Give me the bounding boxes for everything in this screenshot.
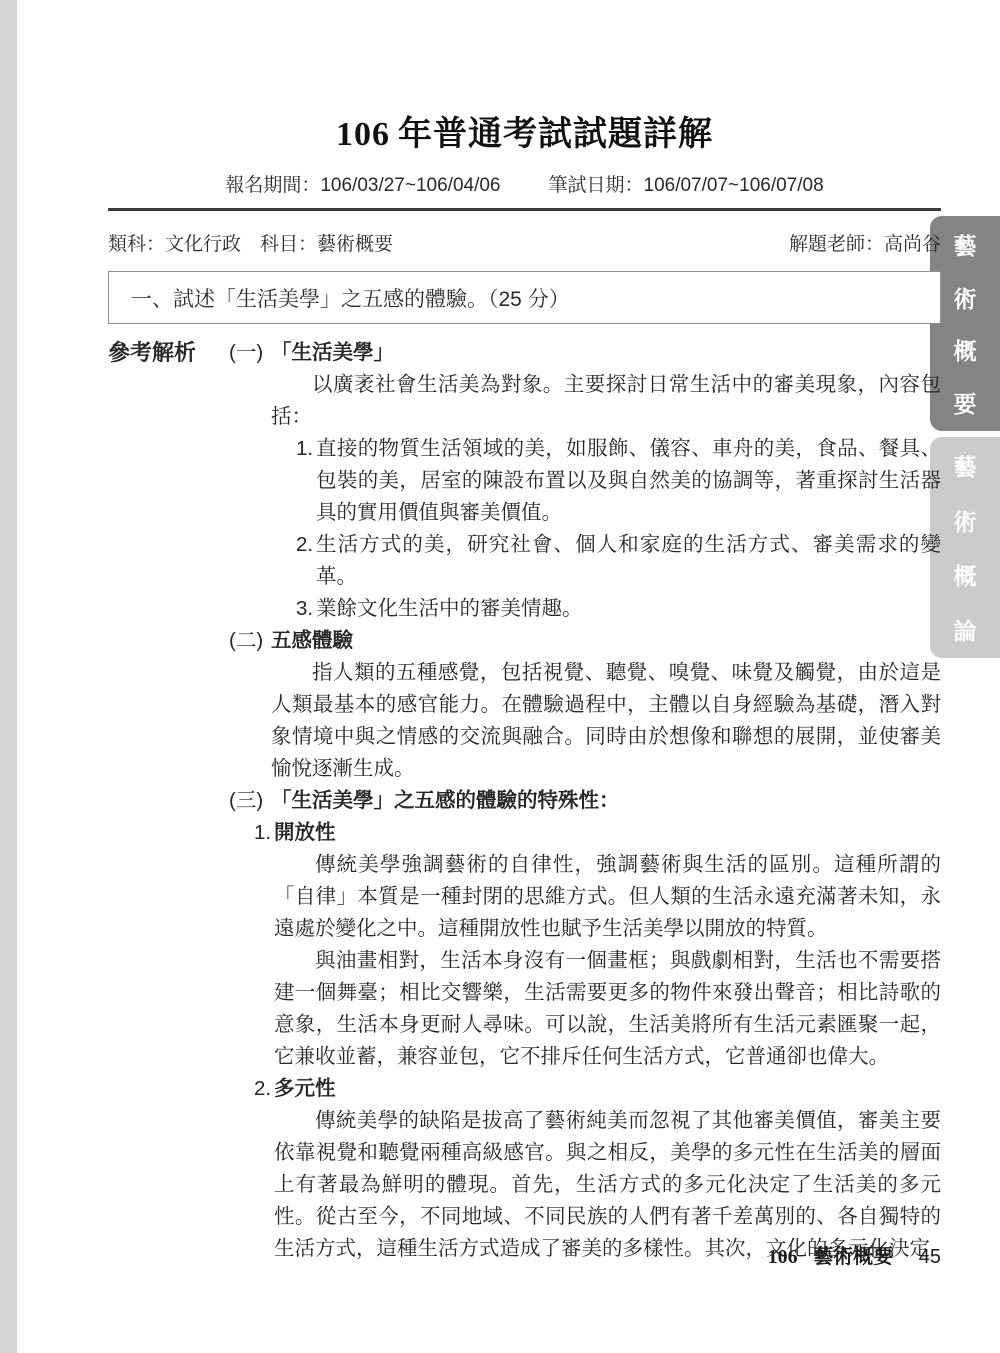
- solution-teacher: 解題老師：高尚谷: [789, 229, 941, 256]
- list-item-text: 生活方式的美，研究社會、個人和家庭的生活方式、審美需求的變革。: [316, 529, 941, 593]
- section-intro-paragraph: 以廣袤社會生活美為對象。主要探討日常生活中的審美現象，內容包括：: [271, 369, 941, 433]
- list-item-number: 1.: [296, 433, 316, 529]
- subsection-heading-row: 1. 開放性: [254, 817, 941, 849]
- section-1-heading-row: (一) 「生活美學」: [229, 337, 941, 369]
- title-year: 106: [336, 116, 390, 153]
- side-tab-char: 論: [954, 613, 977, 646]
- section-2-heading-row: (二) 五感體驗: [229, 625, 941, 657]
- section-1: (一) 「生活美學」 以廣袤社會生活美為對象。主要探討日常生活中的審美現象，內容…: [229, 337, 941, 625]
- section-3: (三) 「生活美學」之五感的體驗的特殊性： 1. 開放性 傳統美學強調藝術的自律…: [229, 785, 941, 1265]
- question-box: 一、試述「生活美學」之五感的體驗。（25 分）: [108, 271, 941, 324]
- subsection-heading: 多元性: [274, 1073, 336, 1105]
- list-item-number: 2.: [296, 529, 316, 593]
- list-item-number: 3.: [296, 593, 316, 625]
- answer-sections: (一) 「生活美學」 以廣袤社會生活美為對象。主要探討日常生活中的審美現象，內容…: [229, 337, 941, 1265]
- side-tab-char: 要: [954, 386, 977, 419]
- footer-year: 106: [768, 1246, 798, 1268]
- section-marker: (三): [229, 785, 271, 817]
- section-1-body: 以廣袤社會生活美為對象。主要探討日常生活中的審美現象，內容包括： 1. 直接的物…: [271, 369, 941, 625]
- section-marker: (一): [229, 337, 271, 369]
- section-3-heading-row: (三) 「生活美學」之五感的體驗的特殊性：: [229, 785, 941, 817]
- title-text: 年普通考試試題詳解: [398, 115, 713, 153]
- left-margin-bar: [0, 0, 17, 1353]
- answer-label: 參考解析: [108, 337, 229, 1265]
- list-item-text: 業餘文化生活中的審美情趣。: [316, 593, 941, 625]
- list-item: 1. 直接的物質生活領域的美，如服飾、儀容、車舟的美，食品、餐具、包裝的美，居室…: [296, 433, 941, 529]
- side-tab-char: 藝: [954, 449, 977, 482]
- written-exam-date: 筆試日期：106/07/07~106/07/08: [549, 170, 824, 197]
- answer-area: 參考解析 (一) 「生活美學」 以廣袤社會生活美為對象。主要探討日常生活中的審美…: [108, 337, 941, 1265]
- subsection-heading: 開放性: [274, 817, 336, 849]
- section-marker: (二): [229, 625, 271, 657]
- list-item: 2. 生活方式的美，研究社會、個人和家庭的生活方式、審美需求的變革。: [296, 529, 941, 593]
- side-tab-char: 藝: [954, 228, 977, 261]
- subsection-plurality: 2. 多元性 傳統美學的缺陷是拔高了藝術純美而忽視了其他審美價值，審美主要依靠視…: [254, 1073, 941, 1265]
- footer-subject: 藝術概要: [813, 1246, 893, 1268]
- section-2-body: 指人類的五種感覺，包括視覺、聽覺、嗅覺、味覺及觸覺，由於這是人類最基本的感官能力…: [271, 657, 941, 785]
- body-paragraph: 與油畫相對，生活本身沒有一個畫框；與戲劇相對，生活也不需要搭建一個舞臺；相比交響…: [274, 945, 941, 1073]
- subsection-heading-row: 2. 多元性: [254, 1073, 941, 1105]
- page-footer: 106 藝術概要 45: [768, 1240, 941, 1269]
- header-divider: [108, 208, 941, 211]
- section-heading: 五感體驗: [271, 625, 353, 657]
- registration-period: 報名期間：106/03/27~106/04/06: [225, 170, 500, 197]
- section-intro-paragraph: 指人類的五種感覺，包括視覺、聽覺、嗅覺、味覺及觸覺，由於這是人類最基本的感官能力…: [271, 657, 941, 785]
- subsection-number: 1.: [254, 817, 274, 849]
- section-2: (二) 五感體驗 指人類的五種感覺，包括視覺、聽覺、嗅覺、味覺及觸覺，由於這是人…: [229, 625, 941, 785]
- exam-dates-row: 報名期間：106/03/27~106/04/06 筆試日期：106/07/07~…: [108, 170, 941, 197]
- category-subject: 類科：文化行政 科目：藝術概要: [108, 229, 393, 256]
- subsection-paragraphs: 傳統美學強調藝術的自律性，強調藝術與生活的區別。這種所謂的「自律」本質是一種封閉…: [274, 849, 941, 1073]
- section-heading: 「生活美學」之五感的體驗的特殊性：: [271, 785, 620, 817]
- question-text: 一、試述「生活美學」之五感的體驗。（25 分）: [131, 283, 570, 313]
- document-page: 106年普通考試試題詳解 報名期間：106/03/27~106/04/06 筆試…: [108, 0, 941, 1353]
- list-item-text: 直接的物質生活領域的美，如服飾、儀容、車舟的美，食品、餐具、包裝的美，居室的陳設…: [316, 433, 941, 529]
- subsection-number: 2.: [254, 1073, 274, 1105]
- section-heading: 「生活美學」: [271, 337, 394, 369]
- side-tab-char: 概: [954, 333, 977, 366]
- side-tab-char: 術: [954, 281, 977, 314]
- meta-row: 類科：文化行政 科目：藝術概要 解題老師：高尚谷: [108, 229, 941, 256]
- side-tab-char: 概: [954, 558, 977, 591]
- section-3-subsections: 1. 開放性 傳統美學強調藝術的自律性，強調藝術與生活的區別。這種所謂的「自律」…: [254, 817, 941, 1265]
- page-title: 106年普通考試試題詳解: [108, 0, 941, 155]
- subsection-openness: 1. 開放性 傳統美學強調藝術的自律性，強調藝術與生活的區別。這種所謂的「自律」…: [254, 817, 941, 1073]
- body-paragraph: 傳統美學強調藝術的自律性，強調藝術與生活的區別。這種所謂的「自律」本質是一種封閉…: [274, 849, 941, 945]
- list-item: 3. 業餘文化生活中的審美情趣。: [296, 593, 941, 625]
- footer-page-number: 45: [919, 1246, 941, 1268]
- side-tab-char: 術: [954, 504, 977, 537]
